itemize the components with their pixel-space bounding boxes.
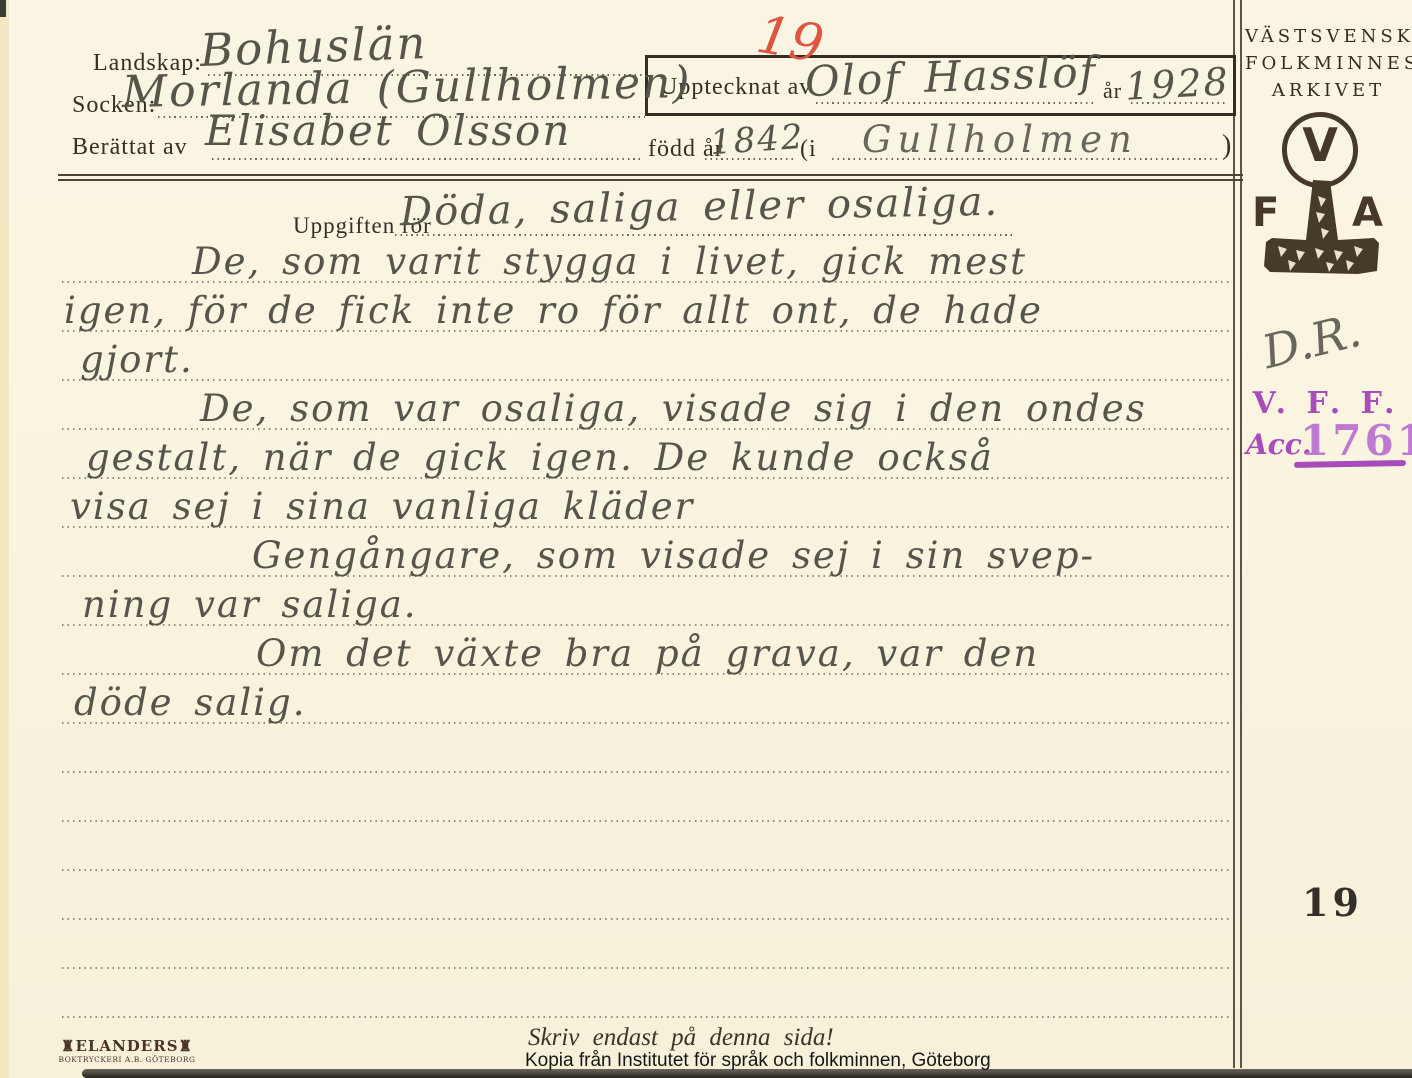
header-separator-top bbox=[58, 174, 1243, 176]
ruled-line bbox=[62, 379, 1232, 381]
body-line-5: gestalt, när de gick igen. De kunde ocks… bbox=[86, 436, 994, 479]
fodd-value-handwriting: 1842 bbox=[709, 117, 806, 163]
scan-corner-mark bbox=[0, 0, 6, 17]
body-line-8: ning var saliga. bbox=[82, 583, 418, 626]
header-separator-bottom bbox=[58, 179, 1243, 181]
copy-note: Kopia från Institutet för språk och folk… bbox=[525, 1050, 991, 1072]
body-line-2: igen, för de fick inte ro för allt ont, … bbox=[64, 289, 1043, 332]
subject-dotted-line bbox=[395, 234, 1015, 236]
acc-underline-stamp bbox=[1294, 460, 1406, 468]
year-value-handwriting: 1928 bbox=[1124, 59, 1231, 108]
vfa-logo-letter-v: V bbox=[1282, 118, 1358, 172]
subject-value-handwriting: Döda, saliga eller osaliga. bbox=[400, 179, 1000, 235]
archive-name-line1: VÄSTSVENSKA bbox=[1245, 26, 1412, 47]
printer-subtitle: BOKTRYCKERI A.B. GÖTEBORG bbox=[52, 1055, 202, 1064]
ruled-line bbox=[62, 967, 1232, 969]
write-one-side-instruction: Skriv endast på denna sida! bbox=[528, 1024, 834, 1052]
archive-name-line3: ARKIVET bbox=[1245, 80, 1412, 101]
body-line-9: Om det växte bra på grava, var den bbox=[256, 632, 1039, 675]
archive-card: Landskap: Socken: Berättat av född år (i… bbox=[0, 0, 1412, 1078]
upptecknat-value-handwriting: Olof Hasslöf bbox=[804, 47, 1098, 106]
body-line-1: De, som varit stygga i livet, gick mest bbox=[192, 240, 1027, 283]
ruled-line bbox=[62, 820, 1232, 822]
page-number-stamp: 19 bbox=[1302, 880, 1363, 925]
body-line-3: gjort. bbox=[80, 338, 194, 381]
margin-rule-left bbox=[1233, 0, 1235, 1068]
birthplace-close-paren: ) bbox=[1222, 130, 1232, 162]
thor-hammer-icon bbox=[1258, 178, 1383, 293]
berattat-dotted-line bbox=[212, 158, 640, 160]
body-line-6: visa sej i sina vanliga kläder bbox=[70, 485, 694, 528]
birthplace-value-handwriting: Gullholmen bbox=[862, 118, 1138, 161]
printer-name-text: ELANDERS bbox=[75, 1037, 178, 1055]
body-line-7: Gengångare, som visade sej i sin svep- bbox=[252, 534, 1095, 577]
ruled-line bbox=[62, 1016, 1232, 1018]
ruled-line bbox=[62, 869, 1232, 871]
printer-name: ♜ELANDERS♜ bbox=[52, 1037, 202, 1055]
printer-mark-icon: ♜ bbox=[179, 1037, 193, 1055]
printer-logo: ♜ELANDERS♜ BOKTRYCKERI A.B. GÖTEBORG bbox=[52, 1037, 202, 1064]
acc-number-stamp: 1761 bbox=[1300, 416, 1412, 465]
body-line-10: döde salig. bbox=[74, 681, 306, 724]
margin-rule-right bbox=[1240, 0, 1242, 1068]
berattat-label: Berättat av bbox=[72, 134, 188, 161]
berattat-value-handwriting: Elisabet Olsson bbox=[205, 106, 571, 155]
ar-label: år bbox=[1103, 78, 1122, 104]
body-line-4: De, som var osaliga, visade sig i den on… bbox=[200, 387, 1147, 430]
red-number-handwriting: 19 bbox=[752, 5, 828, 76]
scan-edge-strip bbox=[0, 0, 9, 1078]
pencil-initials-handwriting: D.R. bbox=[1257, 303, 1366, 379]
printer-mark-icon: ♜ bbox=[61, 1037, 75, 1055]
ruled-line bbox=[62, 771, 1232, 773]
archive-name-line2: FOLKMINNES bbox=[1245, 53, 1412, 74]
ruled-line bbox=[62, 918, 1232, 920]
